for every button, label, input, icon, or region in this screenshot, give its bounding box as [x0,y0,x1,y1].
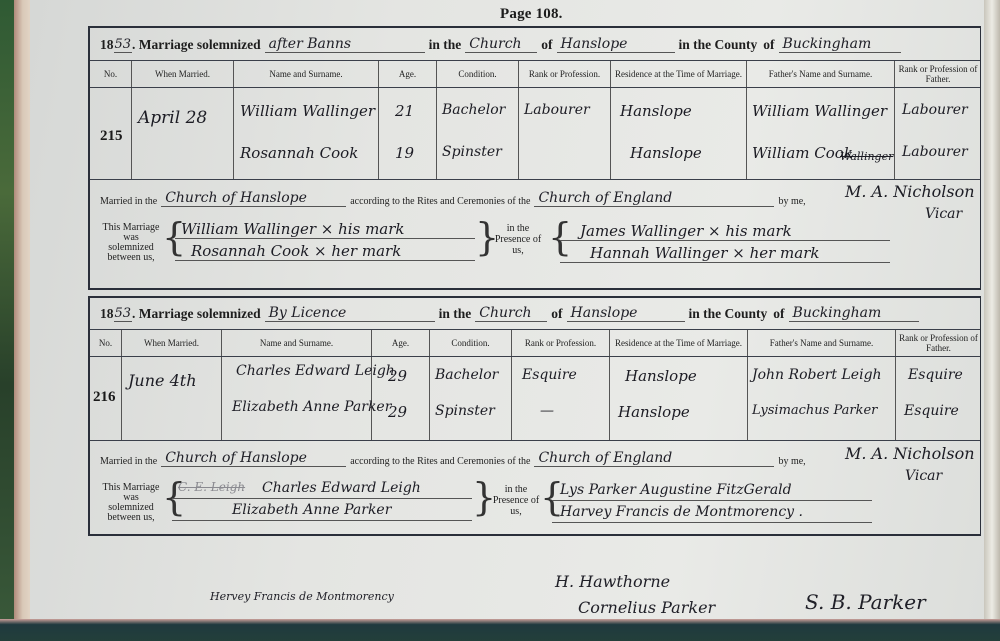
year-suffix: 53 [114,306,133,322]
label-according-to: according to the Rites and Ceremonies of… [350,456,530,467]
entry-data-row: 215 April 28 William Wallinger Rosannah … [90,88,980,180]
book-cover-bottom [0,619,1000,641]
groom-father-rank: Labourer [902,102,968,118]
bride-residence: Hanslope [630,144,702,162]
solemnized-by: By Licence [265,305,435,322]
officiant-signature: M. A. Nicholson [845,444,975,463]
groom-father-rank: Esquire [908,367,963,383]
county-name: Buckingham [789,305,919,322]
page-number: Page 108. [500,6,563,23]
year-prefix: 18 [100,37,114,53]
bride-father-struck-surname: Wallinger [840,150,893,163]
witness-signature-1: Lys Parker Augustine FitzGerald [560,482,792,498]
parish-name: Hanslope [567,305,685,322]
witness-signatures: James Wallinger × his mark Hannah Wallin… [560,218,890,268]
groom-father-name: John Robert Leigh [752,367,882,383]
date-married: April 28 [138,108,207,128]
groom-condition: Bachelor [442,102,505,118]
groom-age: 29 [388,367,407,385]
header-name: Name and Surname. [234,61,379,87]
label-married-in: Married in the [100,456,157,467]
groom-name: William Wallinger [240,102,375,120]
bride-father-rank: Esquire [904,403,959,419]
bride-rank: — [540,403,554,419]
witness-signature-1: James Wallinger × his mark [580,222,792,240]
label-solemnized-between: This Marriage was solemnized between us, [100,483,162,523]
parties-signatures: William Wallinger × his mark Rosannah Co… [175,218,475,268]
groom-father-name: William Wallinger [752,102,887,120]
church-type: Church [475,305,547,322]
date-married: June 4th [128,371,197,390]
groom-condition: Bachelor [435,367,498,383]
header-condition: Condition. [437,61,519,87]
additional-signature-3: S. B. Parker [805,590,926,614]
witness-signature-2: Harvey Francis de Montmorency . [560,504,803,520]
county-name: Buckingham [779,36,901,53]
entry-title-line: 1853. Marriage solemnized after Banns in… [100,36,905,53]
header-no: No. [90,61,132,87]
married-in-line: Married in the Church of Hanslope accord… [100,190,806,207]
header-when-married: When Married. [122,330,222,356]
bride-name: Rosannah Cook [240,144,358,162]
header-no: No. [90,330,122,356]
married-in-value: Church of Hanslope [161,450,346,467]
label-in-the: in the [439,306,472,322]
label-of: of [541,37,552,53]
groom-rank: Esquire [522,367,577,383]
parties-signatures: C. E. Leigh Charles Edward Leigh Elizabe… [172,478,472,528]
party-signature-bride: Rosannah Cook × her mark [191,242,401,260]
label-married-in: Married in the [100,196,157,207]
margin-note-signature: Hervey Francis de Montmorency [210,590,394,603]
label-county-of: of [773,306,784,322]
additional-signature-2: Cornelius Parker [578,598,715,617]
officiant-title: Vicar [905,468,942,484]
header-age: Age. [372,330,430,356]
year-prefix: 18 [100,306,114,322]
header-when-married: When Married. [132,61,234,87]
groom-name: Charles Edward Leigh [236,363,395,379]
officiant-title: Vicar [925,206,962,222]
marriage-entry-215: 1853. Marriage solemnized after Banns in… [88,26,981,290]
entry-title-line: 1853. Marriage solemnized By Licence in … [100,305,923,322]
label-by-me: by me, [778,456,805,467]
label-in-the-county: in the County [679,37,758,53]
entry-data-row: 216 June 4th Charles Edward Leigh Elizab… [90,357,980,441]
witness-signatures: Lys Parker Augustine FitzGerald Harvey F… [552,478,872,528]
header-rank: Rank or Profession. [512,330,610,356]
officiant-signature: M. A. Nicholson [845,182,975,201]
header-father-rank: Rank or Profession of Father. [896,330,981,356]
header-father-name: Father's Name and Surname. [748,330,896,356]
church-type: Church [465,36,537,53]
married-in-line: Married in the Church of Hanslope accord… [100,450,806,467]
bride-name: Elizabeth Anne Parker [232,399,391,415]
bride-father-name: Lysimachus Parker [752,403,877,418]
label-county-of: of [763,37,774,53]
column-headers: No. When Married. Name and Surname. Age.… [90,329,980,357]
entry-number: 215 [100,128,123,145]
bride-father-rank: Labourer [902,144,968,160]
label-marriage-solemnized: . Marriage solemnized [132,37,261,53]
label-marriage-solemnized: . Marriage solemnized [132,306,261,322]
rites-value: Church of England [534,450,774,467]
bride-age: 19 [395,144,414,162]
solemnized-by: after Banns [265,36,425,53]
marriage-entry-216: 1853. Marriage solemnized By Licence in … [88,296,981,536]
header-father-rank: Rank or Profession of Father. [895,61,981,87]
column-headers: No. When Married. Name and Surname. Age.… [90,60,980,88]
header-residence: Residence at the Time of Marriage. [610,330,748,356]
groom-residence: Hanslope [625,367,697,385]
groom-age: 21 [395,102,414,120]
married-in-value: Church of Hanslope [161,190,346,207]
year-suffix: 53 [114,37,133,53]
label-in-presence: in the Presence of us, [488,484,544,517]
label-according-to: according to the Rites and Ceremonies of… [350,196,530,207]
book-spine-right [984,0,1000,641]
party-signature-groom: William Wallinger × his mark [181,220,405,238]
party-signature-bride: Elizabeth Anne Parker [232,502,391,518]
header-name: Name and Surname. [222,330,372,356]
header-rank: Rank or Profession. [519,61,611,87]
label-in-the: in the [429,37,462,53]
additional-signature-1: H. Hawthorne [555,572,670,591]
groom-rank: Labourer [524,102,590,118]
struck-party-signature: C. E. Leigh [178,480,245,494]
label-in-the-county: in the County [689,306,768,322]
party-signature-groom: Charles Edward Leigh [262,480,421,496]
rites-value: Church of England [534,190,774,207]
header-age: Age. [379,61,437,87]
bride-condition: Spinster [442,144,502,160]
label-solemnized-between: This Marriage was solemnized between us, [100,223,162,263]
label-of: of [551,306,562,322]
header-condition: Condition. [430,330,512,356]
groom-residence: Hanslope [620,102,692,120]
bride-father-name: William Cook [752,144,853,162]
entry-number: 216 [93,389,116,406]
bride-residence: Hanslope [618,403,690,421]
label-in-presence: in the Presence of us, [490,223,546,256]
bride-age: 29 [388,403,407,421]
header-residence: Residence at the Time of Marriage. [611,61,747,87]
parish-name: Hanslope [557,36,675,53]
bride-condition: Spinster [435,403,495,419]
label-by-me: by me, [778,196,805,207]
witness-signature-2: Hannah Wallinger × her mark [590,244,819,262]
header-father-name: Father's Name and Surname. [747,61,895,87]
